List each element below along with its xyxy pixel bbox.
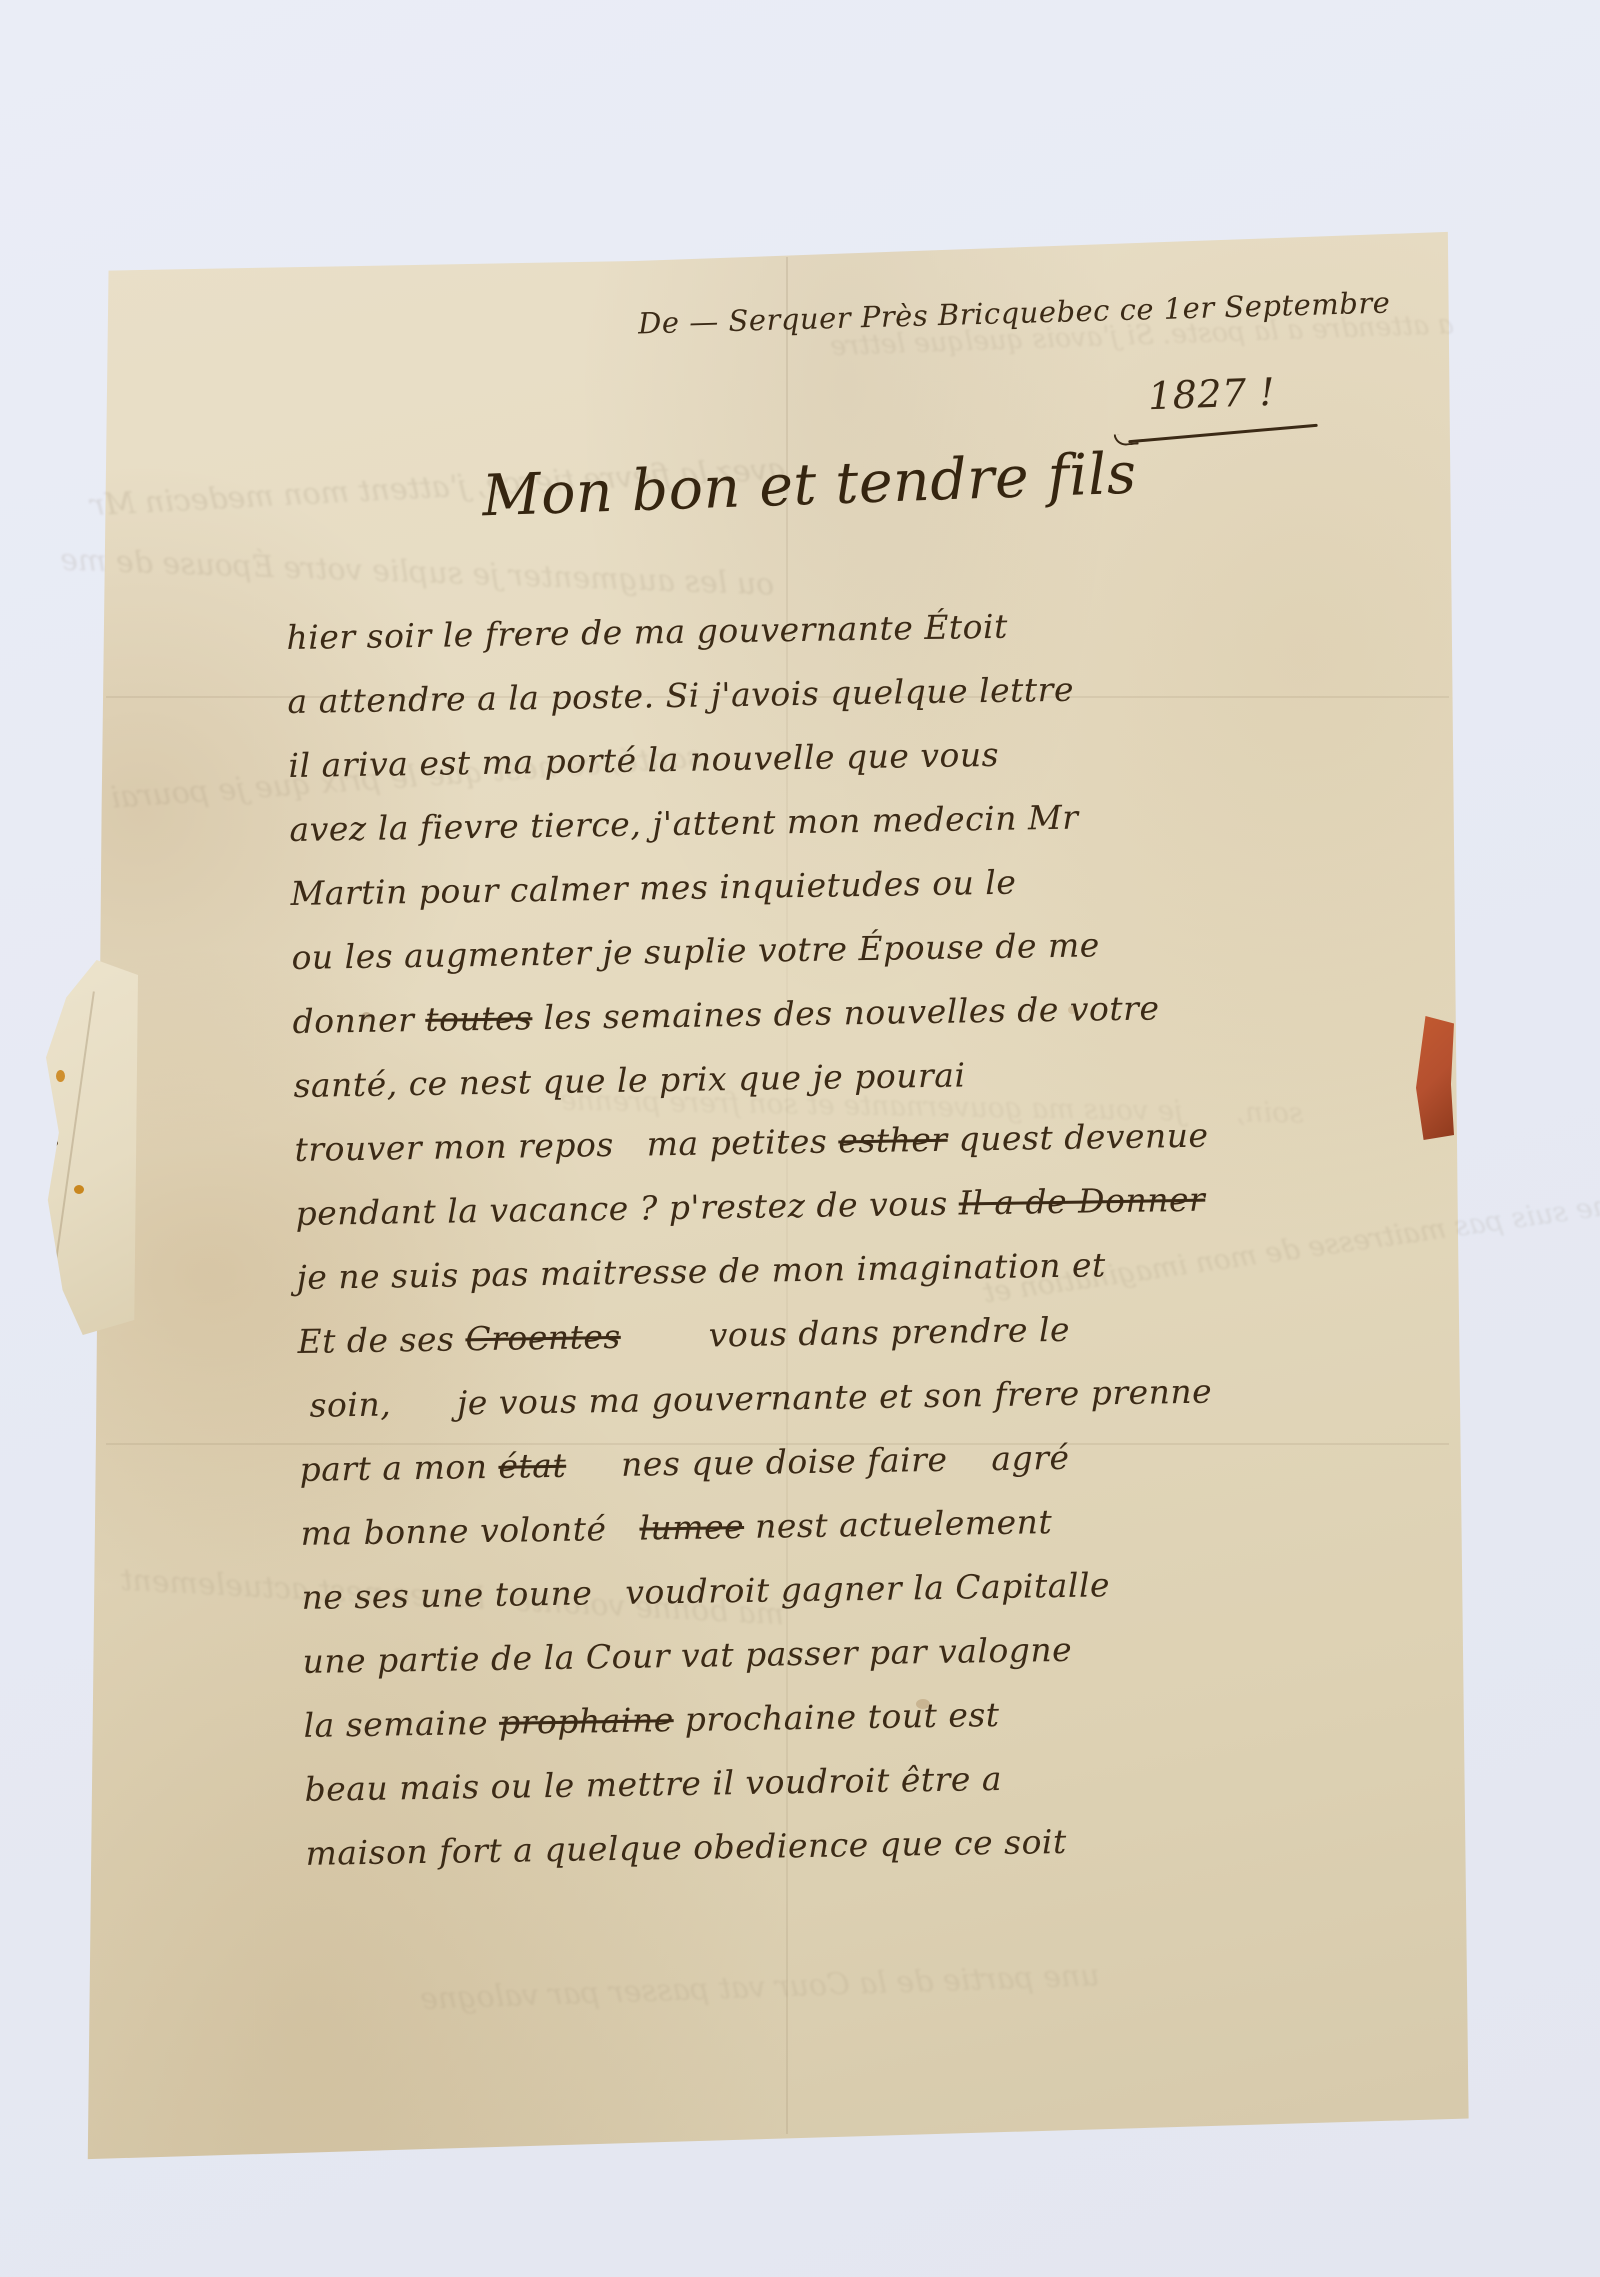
wax-fleck — [52, 1140, 58, 1146]
body-line: a attendre a la poste. Si j'avois quelqu… — [287, 658, 1048, 734]
letter-body: hier soir le frere de ma gouvernante Éto… — [286, 594, 1066, 1886]
body-line: beau mais ou le mettre il voudroit être … — [304, 1746, 1065, 1822]
body-line: il ariva est ma porté la nouvelle que vo… — [288, 722, 1049, 798]
body-line-segment: nest actuelement — [744, 1502, 1053, 1546]
struck-word: esther — [838, 1120, 948, 1161]
body-line: la semaine prophaine prochaine tout est — [303, 1682, 1064, 1758]
body-line-segment: santé, ce nest que le prix que je pourai — [293, 1055, 966, 1105]
body-line: Martin pour calmer mes inquietudes ou le — [290, 850, 1051, 926]
body-line: pendant la vacance ? p'restez de vous Il… — [295, 1170, 1056, 1246]
body-line-segment: avez la fievre tierce, j'attent mon mede… — [289, 798, 1079, 849]
body-line-segment: je ne suis pas maitresse de mon imaginat… — [296, 1245, 1106, 1297]
year-text: 1827 ! — [1147, 370, 1276, 418]
body-line-segment: donner — [292, 1000, 425, 1041]
body-line: trouver mon repos ma petites esther ques… — [294, 1106, 1055, 1182]
body-line-segment: vous dans prendre le — [620, 1310, 1070, 1356]
struck-word: état — [498, 1446, 566, 1486]
body-line: donner toutes les semaines des nouvelles… — [292, 978, 1053, 1054]
body-line-segment: il ariva est ma porté la nouvelle que vo… — [288, 735, 999, 785]
body-line-segment: quest devenue — [947, 1116, 1209, 1159]
body-line: santé, ce nest que le prix que je pourai — [293, 1042, 1054, 1118]
struck-word: toutes — [425, 998, 533, 1039]
body-line: maison fort a quelque obedience que ce s… — [305, 1810, 1066, 1886]
struck-word: Croentes — [465, 1317, 621, 1358]
body-line-segment: la semaine — [303, 1703, 499, 1745]
body-line: avez la fievre tierce, j'attent mon mede… — [289, 786, 1050, 862]
body-line-segment: ne ses une toune voudroit gagner la Capi… — [301, 1565, 1110, 1617]
wax-fleck — [56, 1070, 65, 1082]
body-line-segment: ou les augmenter je suplie votre Épouse … — [291, 925, 1100, 977]
body-line-segment: trouver mon repos ma petites — [294, 1121, 838, 1169]
body-line-segment: Et de ses — [297, 1319, 465, 1361]
body-line: part a mon état nes que doise faire agré — [299, 1426, 1060, 1502]
body-line-segment: hier soir le frere de ma gouvernante Éto… — [286, 607, 1008, 657]
struck-word: prophaine — [499, 1700, 674, 1742]
body-line-segment: prochaine tout est — [673, 1695, 999, 1739]
struck-word: lumee — [639, 1507, 744, 1548]
body-line: ma bonne volonté lumee nest actuelement — [300, 1490, 1061, 1566]
body-line-segment: a attendre a la poste. Si j'avois quelqu… — [287, 670, 1074, 721]
body-line: une partie de la Cour vat passer par val… — [302, 1618, 1063, 1694]
wax-fleck — [74, 1185, 84, 1194]
body-line-segment: maison fort a quelque obedience que ce s… — [305, 1822, 1067, 1873]
body-line: hier soir le frere de ma gouvernante Éto… — [286, 594, 1047, 670]
body-line-segment: nes que doise faire agré — [566, 1438, 1070, 1485]
body-line-segment: Martin pour calmer mes inquietudes ou le — [290, 863, 1016, 913]
struck-word: Il a de Donner — [958, 1180, 1205, 1223]
body-line-segment: une partie de la Cour vat passer par val… — [302, 1630, 1072, 1681]
body-line: ou les augmenter je suplie votre Épouse … — [291, 914, 1052, 990]
body-line-segment: pendant la vacance ? p'restez de vous — [295, 1184, 959, 1233]
body-line-segment: part a mon — [299, 1447, 498, 1489]
body-line: Et de ses Croentes vous dans prendre le — [297, 1298, 1058, 1374]
photo-background: avez la fievre tierce, j'attent mon mede… — [0, 0, 1600, 2277]
body-line: soin, je vous ma gouvernante et son frer… — [298, 1362, 1059, 1438]
body-line: ne ses une toune voudroit gagner la Capi… — [301, 1554, 1062, 1630]
body-line-segment: beau mais ou le mettre il voudroit être … — [304, 1759, 1002, 1809]
torn-seal-flap — [46, 960, 138, 1335]
body-line: je ne suis pas maitresse de mon imaginat… — [296, 1234, 1057, 1310]
body-line-segment: ma bonne volonté — [300, 1509, 639, 1553]
